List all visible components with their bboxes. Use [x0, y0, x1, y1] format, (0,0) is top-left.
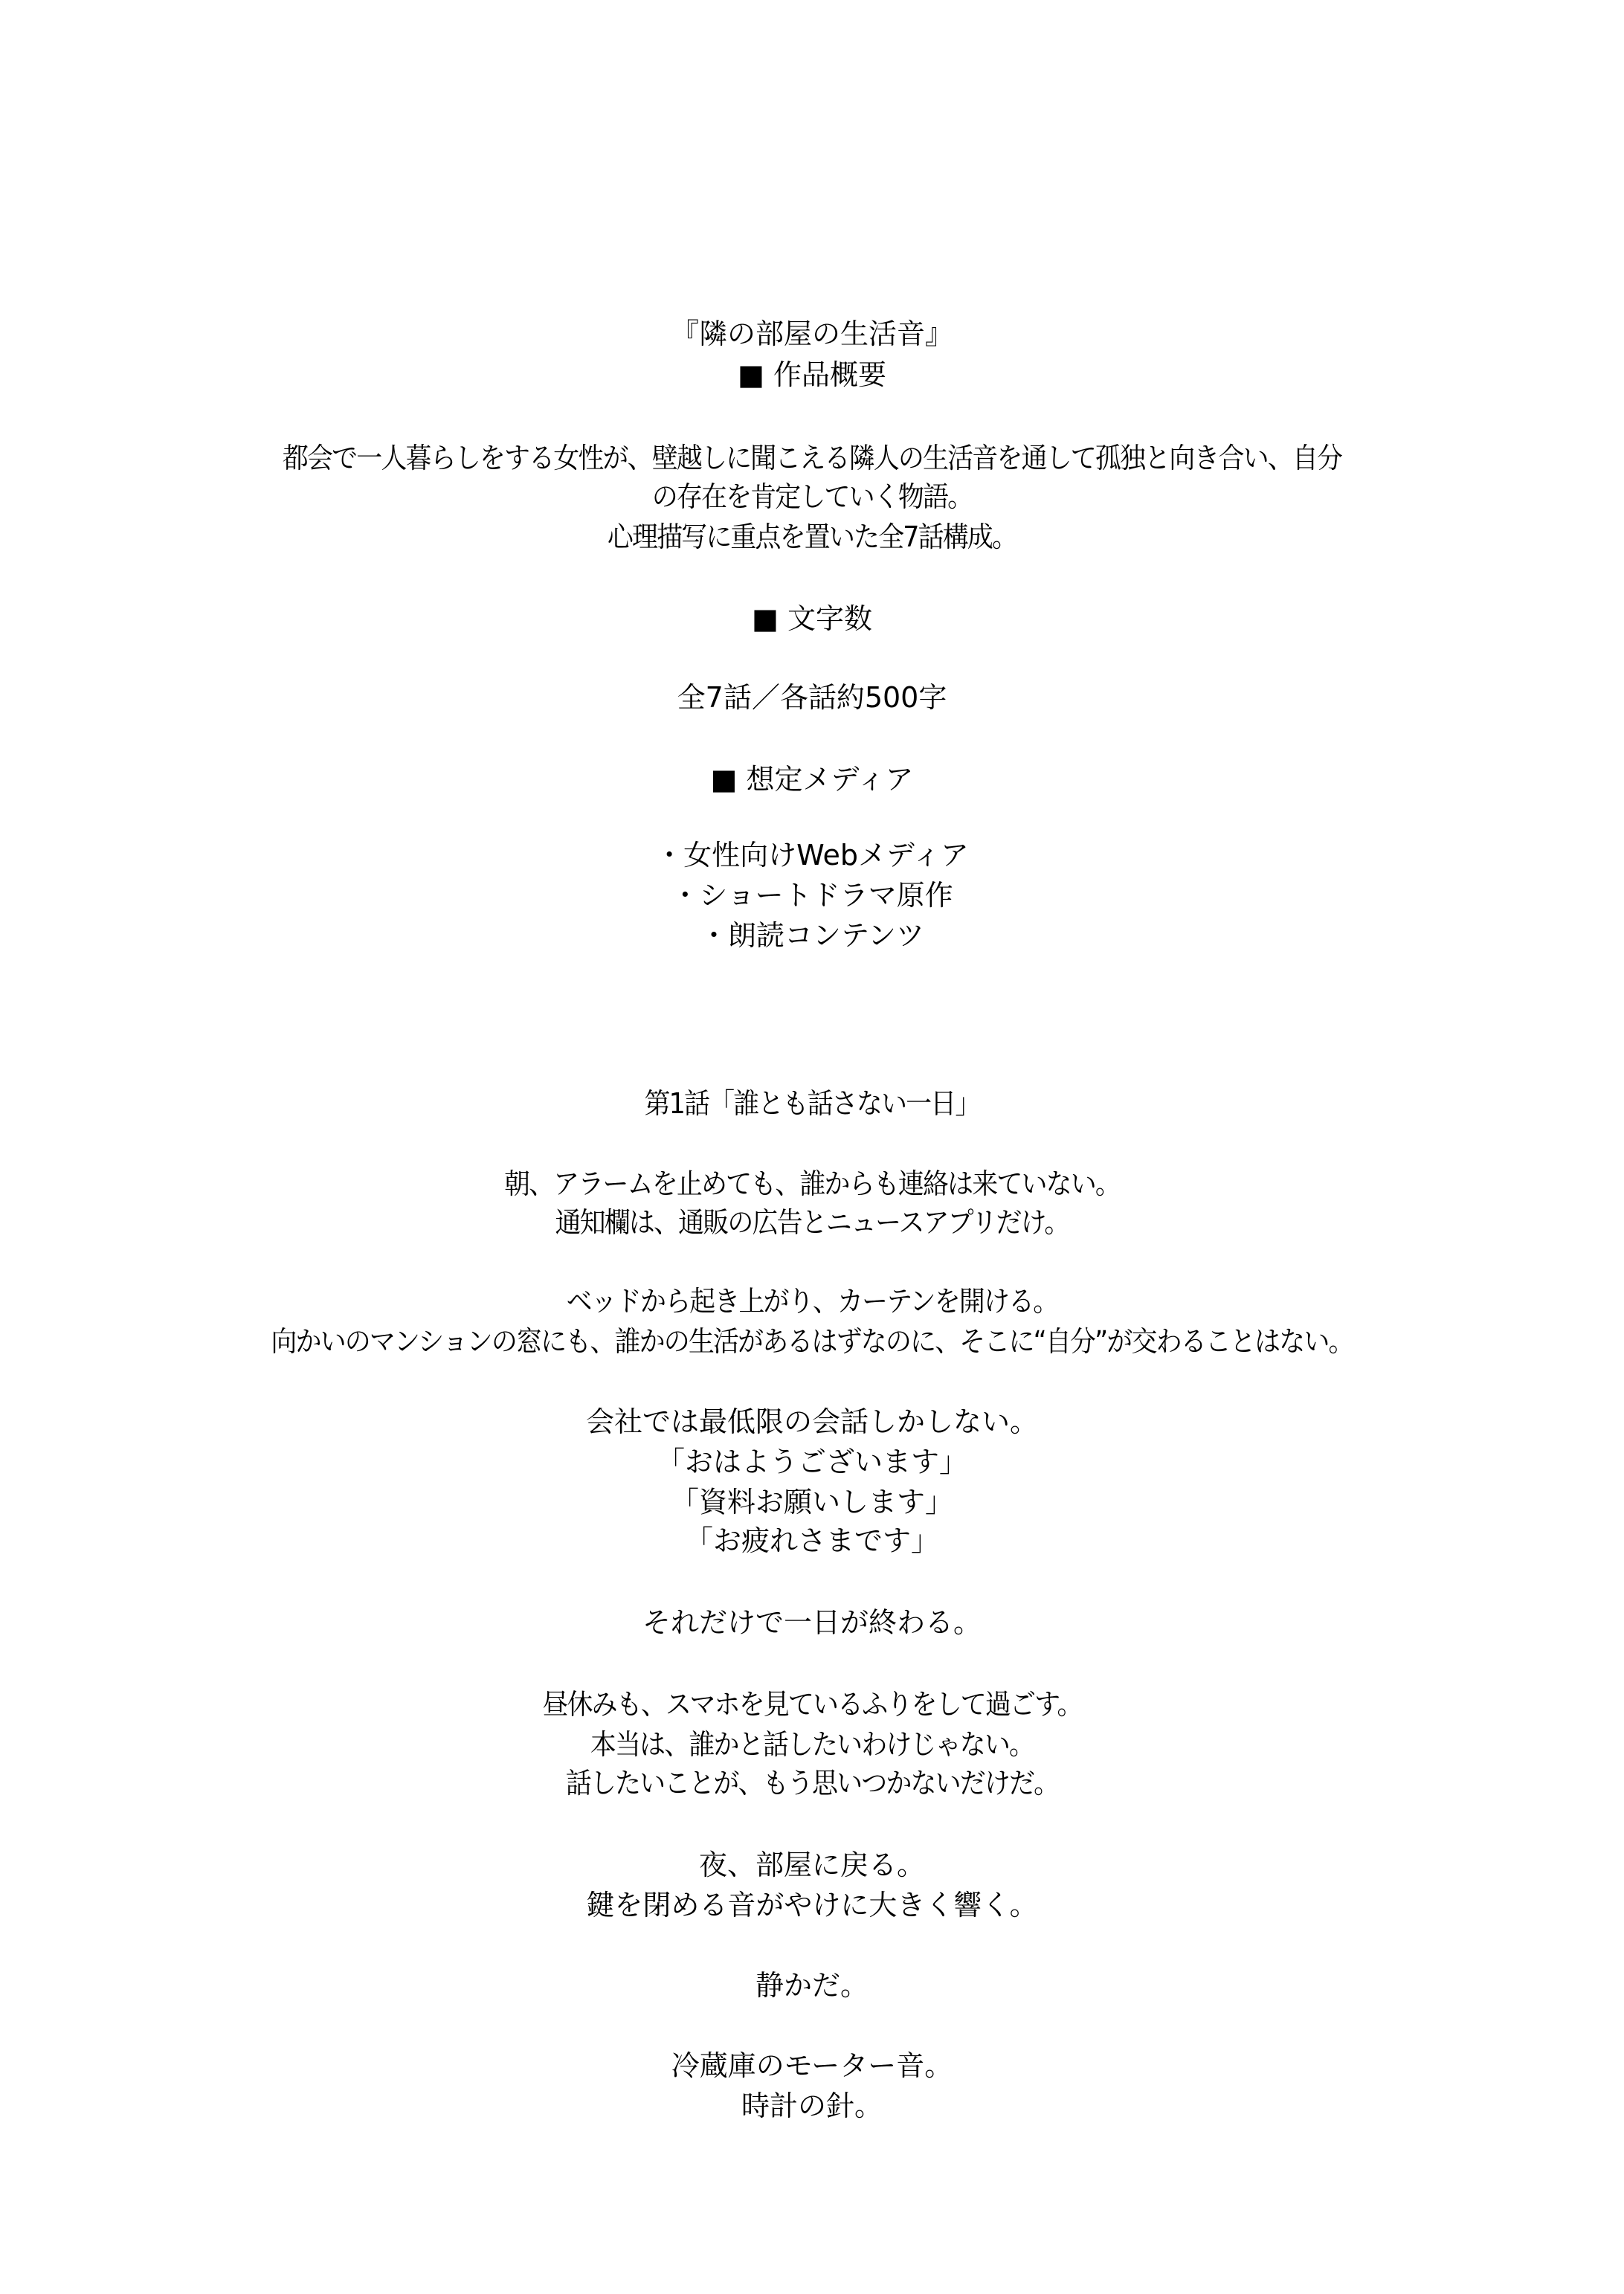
media-heading: ■ 想定メディア: [0, 759, 1624, 799]
story-line: 「おはようございます」: [0, 1442, 1624, 1482]
overview-heading: ■ 作品概要: [0, 355, 1624, 395]
document-title: 『隣の部屋の生活音』: [0, 314, 1624, 354]
story-line: 本当は、誰かと話したいわけじゃない。: [65, 1724, 1559, 1765]
story-line: 向かいのマンションの窓にも、誰かの生活があるはずなのに、そこに“自分”が交わるこ…: [65, 1321, 1559, 1362]
episode-title: 第1話「誰とも話さない一日」: [65, 1083, 1559, 1124]
story-line: 時計の針。: [0, 2086, 1624, 2126]
overview-line: の存在を肯定していく物語。: [65, 477, 1559, 517]
overview-line: 心理描写に重点を置いた全7話構成。: [65, 517, 1559, 557]
story-line: 静かだ。: [0, 1965, 1624, 2005]
media-item: ・ショートドラマ原作: [0, 875, 1624, 915]
story-line: 鍵を閉める音がやけに大きく響く。: [0, 1885, 1624, 1925]
overview-line: 都会で一人暮らしをする女性が、壁越しに聞こえる隣人の生活音を通して孤独と向き合い…: [65, 438, 1559, 478]
story-line: 「資料お願いします」: [0, 1482, 1624, 1522]
story-line: 話したいことが、もう思いつかないだけだ。: [65, 1763, 1559, 1803]
story-line: 昼休みも、スマホを見ているふりをして過ごす。: [65, 1684, 1559, 1724]
story-line: 「お疲れさまです」: [0, 1521, 1624, 1561]
story-line: ベッドから起き上がり、カーテンを開ける。: [65, 1281, 1559, 1321]
story-line: 夜、部屋に戻る。: [0, 1845, 1624, 1885]
media-item: ・女性向けWebメディア: [0, 835, 1624, 875]
story-line: 朝、アラームを止めても、誰からも連絡は来ていない。: [65, 1164, 1559, 1204]
document-page: 『隣の部屋の生活音』 ■ 作品概要 都会で一人暮らしをする女性が、壁越しに聞こえ…: [0, 0, 1624, 2294]
story-line: 通知欄は、通販の広告とニュースアプリだけ。: [65, 1202, 1559, 1243]
story-line: 冷蔵庫のモーター音。: [0, 2046, 1624, 2086]
word-count-value: 全7話／各話約500字: [0, 677, 1624, 718]
story-line: 会社では最低限の会話しかしない。: [0, 1402, 1624, 1442]
word-count-heading: ■ 文字数: [0, 599, 1624, 639]
story-line: それだけで一日が終わる。: [0, 1602, 1624, 1643]
media-item: ・朗読コンテンツ: [0, 915, 1624, 956]
